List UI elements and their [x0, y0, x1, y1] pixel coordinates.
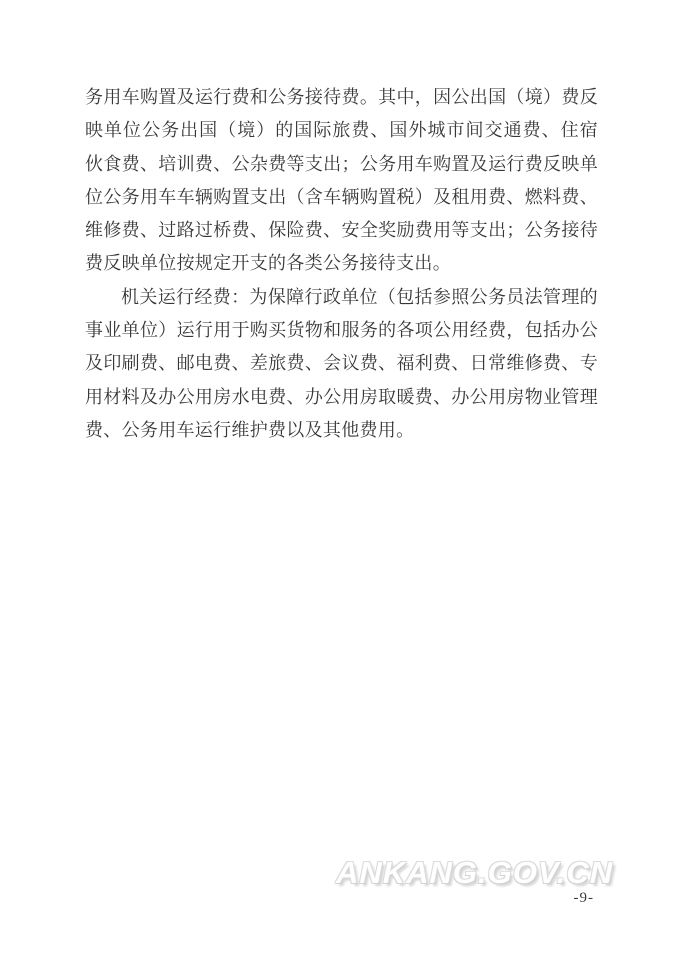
ankang-gov-watermark: ANKANG.GOV.CN	[336, 855, 626, 891]
paragraph-agency-operating-funds: 机关运行经费：为保障行政单位（包括参照公务员法管理的 事业单位）运行用于购买货物…	[85, 281, 598, 447]
body-text: 务用车购置及运行费和公务接待费。其中，因公出国（境）费反 映单位公务出国（境）的…	[85, 81, 598, 447]
text-line: 位公务用车车辆购置支出（含车辆购置税）及租用费、燃料费、	[85, 181, 598, 214]
text-line: 用材料及办公用房水电费、办公用房取暖费、办公用房物业管理	[85, 381, 598, 414]
text-line: 费、公务用车运行维护费以及其他费用。	[85, 414, 598, 447]
text-line: 映单位公务出国（境）的国际旅费、国外城市间交通费、住宿费、	[85, 114, 598, 147]
text-line: 维修费、过路过桥费、保险费、安全奖励费用等支出；公务接待	[85, 214, 598, 247]
text-line: 务用车购置及运行费和公务接待费。其中，因公出国（境）费反	[85, 81, 598, 114]
text-line: 机关运行经费：为保障行政单位（包括参照公务员法管理的	[85, 281, 598, 314]
text-line: 事业单位）运行用于购买货物和服务的各项公用经费，包括办公	[85, 314, 598, 347]
text-line: 伙食费、培训费、公杂费等支出；公务用车购置及运行费反映单	[85, 148, 598, 181]
text-line: 费反映单位按规定开支的各类公务接待支出。	[85, 247, 598, 280]
page-number: -9-	[574, 890, 595, 907]
paragraph-three-public-expenses: 务用车购置及运行费和公务接待费。其中，因公出国（境）费反 映单位公务出国（境）的…	[85, 81, 598, 281]
document-page: 务用车购置及运行费和公务接待费。其中，因公出国（境）费反 映单位公务出国（境）的…	[0, 0, 680, 962]
text-line: 及印刷费、邮电费、差旅费、会议费、福利费、日常维修费、专	[85, 347, 598, 380]
